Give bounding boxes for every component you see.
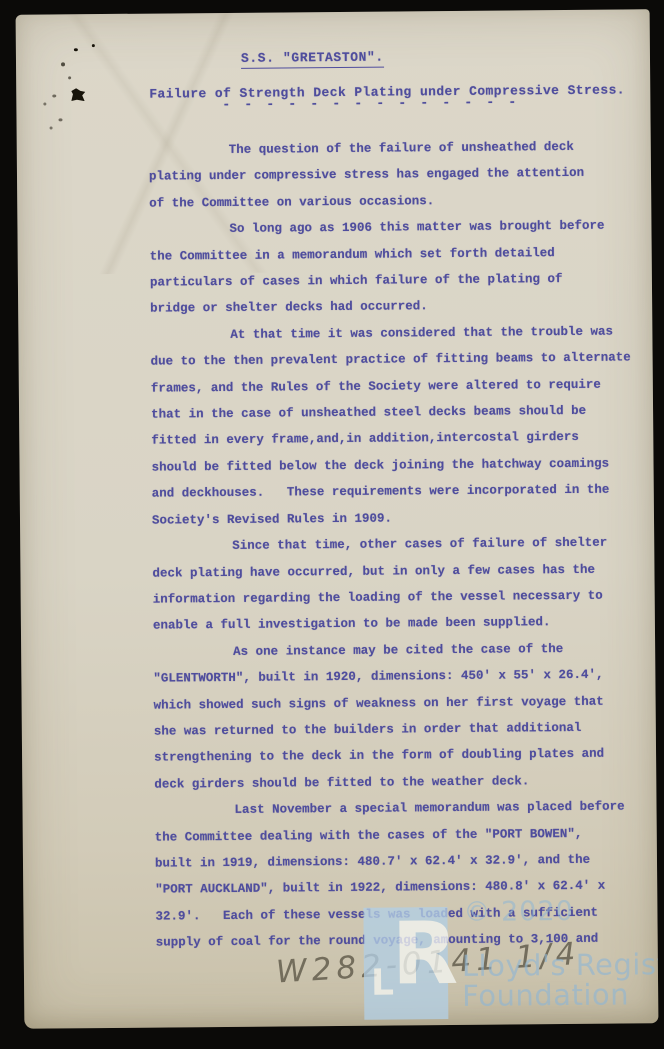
stain-dot [52, 94, 56, 97]
stain-dot [92, 44, 95, 47]
stain-dot [50, 126, 53, 129]
document-body: The question of the failure of unsheathe… [149, 133, 658, 956]
paragraph: Since that time, other cases of failure … [152, 529, 655, 639]
paragraph: So long ago as 1906 this matter was brou… [149, 212, 652, 322]
stain-dot [43, 103, 46, 106]
paragraph: At that time it was considered that the … [150, 318, 654, 534]
watermark-org-name-line2: Foundation [462, 977, 629, 1012]
paper-stains [16, 9, 650, 15]
stain-dot [61, 62, 65, 66]
stain-dot [58, 118, 62, 121]
document-title: S.S. "GRETASTON". [241, 50, 384, 69]
stain-dot [74, 48, 78, 51]
paragraph: The question of the failure of unsheathe… [149, 133, 652, 217]
document-page: S.S. "GRETASTON". Failure of Strength De… [16, 9, 659, 1028]
stain-dot [68, 76, 71, 79]
stain-blot [71, 88, 85, 101]
subtitle-dash-underline: - - - - - - - - - - - - - - [222, 94, 519, 112]
paragraph: Last November a special memorandum was p… [154, 793, 657, 956]
paragraph: As one instance may be cited the case of… [153, 635, 656, 798]
